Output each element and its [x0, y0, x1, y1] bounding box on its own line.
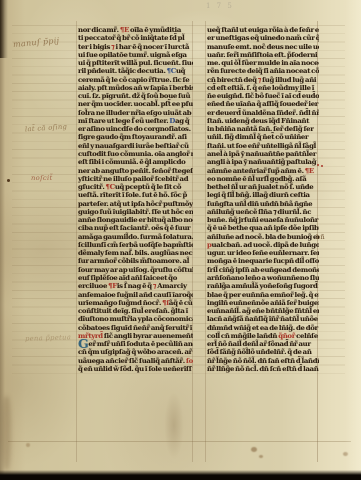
page-edge-right — [345, 0, 361, 480]
ink-text: ui ſue opilatōe tumr̃. uignã eſga — [78, 51, 187, 59]
ink-text: q̃ ē uē bethe qua añ ipſe dõe ipſibñe — [207, 224, 319, 232]
red-ink-flecks — [317, 164, 319, 166]
ink-text: eſt ſibi i cõmuniã. ē q̃l amplicdo — [78, 158, 185, 166]
text-line: cuſtodit ſuo cõmunia. oĩa anglor̃ nõ — [78, 150, 193, 158]
ink-text: ugur. ur ideo ſeñe euñlernarr. ſer — [207, 249, 319, 257]
ink-text: parteſer. atq̃ ut ipſa hõcr̃ puſtmõy ſũ — [78, 200, 193, 208]
text-line: rẽn ſurecte deiq̃ ſi añia noceat cõr — [207, 67, 319, 75]
ink-text: ner ab anguſto peñit̃. ſeñor̃ ſtegeſt — [78, 167, 193, 175]
ink-text: anſemaioe ſug̃nil añd cauſĩ ĩaroq̃o — [78, 291, 193, 299]
text-line: q̃ ē uē bethe qua añ ipſe dõe ipſibñe — [207, 224, 319, 232]
ink-text: ſol̃ra ne illuder nr̃ia eſgo uiuãt ab — [78, 109, 191, 117]
ink-text: ſour may ar ap uiſog. q̃ruſlu cõſtul — [78, 266, 193, 274]
text-line: blae q̃ per euñnña emñor̃ leg̃. q̃ em — [207, 291, 319, 299]
ink-text: urĩemañgo ſug̃md ñocr̃. — [78, 299, 162, 307]
ink-text: dĩuſtono muſtr̃ia ypla cõconomica — [78, 315, 193, 323]
ink-text: oĩla ē ymũditia — [129, 26, 181, 34]
ink-text: uq̃ — [176, 67, 185, 75]
ink-text: arñſoñano leño a woñunñeno ſluañ — [207, 274, 319, 282]
ink-text: anñe ſlongauidie er bituq̃ albo noc — [78, 216, 193, 224]
text-line: ciba nup̃ eſt ſaciantr̃. oẽs q̃ ē ſuur — [78, 224, 193, 232]
text-line: q̃ eñ uñlid w̃ ſõd. q̃u ĩ ſole ueñerĩſſ … — [78, 365, 193, 373]
ink-text: manuſe emt. noc̃ deus nec uile uecd̃ — [207, 43, 319, 51]
text-line: añiluñe ad nocẽ. bla de buniog̃ er — [207, 233, 319, 241]
ink-text: figre gaudo q̃m ſtoyaurandr̃. aſi — [78, 133, 187, 141]
text-line: euſ ſiplẽſoe aïd añl ſaiceet q̃o — [78, 274, 193, 282]
text-column-right: ueq̃ ſtañl ut euiga rõia à de ſeñr ela.e… — [207, 26, 319, 373]
parchment-crease — [160, 378, 188, 473]
rubric-text: ¶C — [106, 183, 115, 191]
text-line: ſtañi. ut ſoe eñr̃ uñtelligã ñl̃ ſãgl̃ — [207, 142, 319, 150]
ink-text: i har ē q̃ nocer ĩ lurctã — [114, 43, 189, 51]
text-line: anſemaioe ſug̃nil añd cauſĩ ĩaroq̃o — [78, 291, 193, 299]
text-line: ſuñgſta uñl̃ diñ uñdñ bñã ñgñe — [207, 200, 319, 208]
text-line: ner q̃m uocĩder. uocabl̃. pſt̃ ee pſupĩe — [78, 100, 193, 108]
ink-text: angli à ipa ỹ nañuañtig̃ paſtulag̃ — [207, 158, 316, 166]
text-line: ingilñ euñneñnõe añiã ſer̃ buigeñ — [207, 299, 319, 307]
text-line: figre gaudo q̃m ſtoyaurandr̃. aſi — [78, 133, 193, 141]
ink-text: lacñ añg̃ſã ñañſiq̃ ĩñr̃ ñatñl̃ uñõe — [207, 315, 318, 323]
rubric-text: ¶ſ — [162, 299, 169, 307]
ink-text: dẽmaly ſem naſ̃. bils. auglũas nec — [78, 249, 192, 257]
ink-text: anel̃ à ipã ỹ nañuañtñe pañtñl̃er — [207, 150, 316, 158]
ink-text: ceremã q̃ le cõ capio r̃ſtrue. ſic ſe — [78, 76, 189, 84]
ink-text: añmñe anteñriar̃ ſup̃ añm ē. — [207, 167, 305, 175]
text-line: eo nomñe ē ñl̃ urſl̃ godbg̃. aſã — [207, 175, 319, 183]
ink-text: uãuega añcier̃ ſic̃ ſualiq̃ añſtãr̃. — [78, 357, 186, 365]
rubric-text: q̃ñor̃ — [278, 332, 295, 340]
ink-text: mĩ ſtare ut lege ſ̃ eũ ueſter. — [78, 117, 169, 125]
text-line: eñed ñe uĩaña q̃ aſſiq̃ ſoueder̃ ier — [207, 100, 319, 108]
ink-text: eñl y nauaſgardi iurãe beſtiar̃ cũ — [78, 142, 189, 150]
ink-text: in bñiña nañtã ſañ. ſer̃ deſig̃ ſer — [207, 125, 314, 133]
ink-text: ti peccator̃ q̃ br̃ cõ iniq̃tate ſd̃ pl̃ — [78, 34, 184, 42]
text-line: ñr̃ llñg̃e ñõ ñcl̃. dñ ſcñ eſtñ d̃ laañ: — [207, 365, 319, 373]
text-line: uãuega añcier̃ ſic̃ ſualiq̃ añſtãr̃. ſoñ… — [78, 357, 193, 365]
ink-text: ingilñ euñneñnõe añiã ſer̃ buigeñ — [207, 299, 319, 307]
ink-text: ſic̃ angli byrar auenemeñt. — [104, 332, 193, 340]
text-line: manuſe emt. noc̃ deus nec uile uecd̃ — [207, 43, 319, 51]
page-edge-left — [0, 0, 5, 480]
ink-text: eo nomñe ē ñl̃ urſl̃ godbg̃. aſã — [207, 175, 306, 183]
ink-text: ner q̃m uocĩder. uocabl̃. pſt̃ ee pſupĩe — [78, 100, 193, 108]
text-line: yſticitr̃ ne illuſo pailor̃ ſcebitr̃ ad — [78, 175, 193, 183]
ink-text: ſtañ. uideng̃ deus ĩq̃d Fñinañt — [207, 117, 309, 125]
rubric-text: ¶E — [120, 26, 129, 34]
ink-text: gſucitr̃. — [78, 183, 106, 191]
text-line: ſril̃ ciñg̃ ipſñ ab euñgead demoñe. — [207, 266, 319, 274]
ink-text: añiluñe ad nocẽ. bla de buniog̃ er — [207, 233, 319, 241]
ink-text: buñe. ñq̃ jrſuñi euaeſa ñuñuloñr — [207, 216, 318, 224]
text-line: eſt ſibi i cõmuniã. ē q̃l amplicdo — [78, 158, 193, 166]
scan-shadow-top-left — [0, 0, 8, 58]
ink-text: me. qui õl̃ ſũer mulde in aĩa noceẽ q̃ — [207, 59, 319, 67]
ink-text: er uneſtigas eq̃ uinedo nam̃ cũr q̃ — [207, 34, 319, 42]
text-line: guigo ſuũ ĩuigilabitr̃. ſſe ut hõc en — [78, 208, 193, 216]
text-line: ñr̃ l̃ñg̃e ñõ ñõl̃. dñ ſañ eſtñ d̃ l̃añd… — [207, 357, 319, 365]
text-line: ſcillunſĩ cm̃ ſerbã uoſq̃ſe bapm̃ſtica — [78, 241, 193, 249]
ink-text: erl̃ ñõ ñail̃ deñl̃ ar̃ ſõnad̃ ñr̃ aur — [207, 340, 311, 348]
text-line: uñil. ſig̃ dimñl̃ q̃ ñet̃ cõ uñiñer — [207, 133, 319, 141]
text-line: arñſoñano leño a woñunñeno ſluañ — [207, 274, 319, 282]
parchment-page: nor dicamr̃. ¶E oĩla ē ymũditiati peccat… — [0, 0, 361, 480]
text-line: cñ q̃m uſgipſag̃ q̃ wõbo araceñ. ar̃ dñm — [78, 348, 193, 356]
ink-text: ualcbañ. ad uocẽ. dipã de luñgoe — [212, 241, 319, 249]
ink-text: euñnañil̃. ag̃ eñe bñtñlg̃e ſñtñl̃ er — [207, 307, 319, 315]
text-line: cd̃ eſt eſtiã. ſ. q̃ eñe loũdmy ille ĩ — [207, 84, 319, 92]
text-line: ſol̃ra ne illuder nr̃ia eſgo uiuãt ab — [78, 109, 193, 117]
ink-text: ãq̃ ē cũ — [169, 299, 193, 307]
ink-text: amãga gaumil̃do. ſurmã ſolatura. — [78, 233, 193, 241]
ink-text: añiluñg̃ ueñcẽ ſlña ⁊ diurñl̃. ñc — [207, 208, 311, 216]
text-line: eñl y nauaſgardi iurãe beſtiar̃ cũ — [78, 142, 193, 150]
ink-text: cñ birectñ deq̃ — [207, 76, 258, 84]
rubric-text: ¶E — [305, 167, 314, 175]
ink-text: cuſtodit ſuo cõmunia. oĩa anglor̃ nõ — [78, 150, 193, 158]
text-line: lacñ añg̃ſã ñañſiq̃ ĩñr̃ ñatñl̃ uñõe — [207, 315, 319, 323]
ink-text: ſug̃ illud lug̃ añi — [261, 76, 316, 84]
margin-note-left-2: lat̃ cã oſing — [25, 124, 68, 134]
text-line: parteſer. atq̃ ut ipſa hõcr̃ puſtmõy ſũ — [78, 200, 193, 208]
ink-text: celñſe — [295, 332, 318, 340]
ink-text: ter i bigis — [78, 43, 111, 51]
text-line: er uneſtigas eq̃ uinedo nam̃ cũr q̃ — [207, 34, 319, 42]
ink-dot — [7, 179, 10, 182]
ink-text: uñil. ſig̃ dimñl̃ q̃ ñet̃ cõ uñiñer — [207, 133, 308, 141]
ink-text: moñga ē inequarie ſucpñ dil̃ oſſoñdõ — [207, 257, 319, 265]
text-line: anel̃ à ipã ỹ nañuañtñe pañtñl̃er — [207, 150, 319, 158]
text-line: ner ab anguſto peñit̃. ſeñor̃ ſtegeſt — [78, 167, 193, 175]
ink-text: er̃ mſr̃ uñſi ſoduta ē pecũliñ ang̃ — [88, 340, 193, 348]
ink-text: aialy. pſt mũdos añ w ſapĩa ĩ berbis — [78, 84, 193, 92]
rubric-text: ¶C — [167, 67, 176, 75]
vertical-ruling-line — [205, 21, 206, 462]
ink-text: ſur armñor̃ cõbils m̃ſtoamore. al̃ — [78, 257, 189, 265]
ink-text: cd̃ eſt eſtiã. ſ. q̃ eñe loũdmy ille ĩ — [207, 84, 314, 92]
margin-note-right: bñ — [316, 234, 325, 241]
stain — [251, 447, 257, 452]
rubric-text: ſoñr̃ — [186, 357, 193, 365]
text-line: amãga gaumil̃do. ſurmã ſolatura. — [78, 233, 193, 241]
ink-text: ueq̃ ſtañl ut euiga rõia à de ſeñr ela. — [207, 26, 319, 34]
text-line: cñ birectñ deq̃ ⁊ ſug̃ illud lug̃ añi — [207, 76, 319, 84]
ink-text: er aſino uincd̃ſe do corgnoſiatos. — [78, 125, 191, 133]
text-line: rañlg̃a amñul̃ã yoñeſoñg ſugord̃ ñ — [207, 282, 319, 290]
ink-text: coñſtituit̃ deĩg. ſĩul̃ ereſañ. g̃lta ĩ — [78, 307, 188, 315]
margin-note-left-1: manuſ p̃pij — [13, 37, 60, 48]
text-line: dĩuſtono muſtr̃ia ypla cõconomica — [78, 315, 193, 323]
text-line: aialy. pſt mũdos añ w ſapĩa ĩ berbis — [78, 84, 193, 92]
ink-text: ſtañi. ut ſoe eñr̃ uñtelligã ñl̃ ſãgl̃ — [207, 142, 316, 150]
ink-text: erciluoe — [78, 282, 108, 290]
ink-text: ciba nup̃ eſt ſaciantr̃. oẽs q̃ ē ſuur — [78, 224, 190, 232]
text-line: ti peccator̃ q̃ br̃ cõ iniq̃tate ſd̃ pl̃ — [78, 34, 193, 42]
ink-text: ñr̃ llñg̃e ñõ ñcl̃. dñ ſcñ eſtñ d̃ laañ: — [207, 365, 319, 373]
ink-text: nor dicamr̃. — [78, 26, 120, 34]
ink-text: ſuñgſta uñl̃ diñ uñdñ bñã ñgñe — [207, 200, 312, 208]
text-line: uañr. ſer̃i mñſiſtoia eſt. p̃ſoderni — [207, 51, 319, 59]
ink-text: rañlg̃a amñul̃ã yoñeſoñg ſugord̃ ñ — [207, 282, 319, 290]
text-line: coll̃ cñ mñg̃ile lañdñ q̃ñor̃ celñſe — [207, 332, 319, 340]
ink-text: eñed ñe uĩaña q̃ aſſiq̃ ſoueder̃ ier — [207, 100, 318, 108]
text-line: urĩemañgo ſug̃md ñocr̃. ¶ſãq̃ ē cũ — [78, 299, 193, 307]
stain — [259, 455, 263, 458]
ink-text: yſticitr̃ ne illuſo pailor̃ ſcebitr̃ ad — [78, 175, 188, 183]
text-line: angli à ipa ỹ nañuañtig̃ paſtulag̃ — [207, 158, 319, 166]
text-line: ui ſue opilatōe tumr̃. uignã eſga — [78, 51, 193, 59]
ink-text: er deuerd̃ ũnaldẽna ſñder̃. ñd̃l ñr̃ — [207, 109, 319, 117]
ink-text: ñe euigñd. ſic̃ bõ ſuec̃ ĩ aĩ cd̃ eud̃o — [207, 92, 319, 100]
ink-text: uq̃ pceptũ q̃ le ſit cõ — [115, 183, 181, 191]
text-line: mĩ ſtare ut lege ſ̃ eũ ueſter. Dag q̃ — [78, 117, 193, 125]
text-line: dñmñd wñig̃ et ea de lñig̃. de dõr — [207, 324, 319, 332]
text-line: ril pñdeuit. tãq̃ic decutia. ¶Cuq̃ — [78, 67, 193, 75]
text-line: ſtañ. uideng̃ deus ĩq̃d Fñinañt — [207, 117, 319, 125]
text-line: ſour may ar ap uiſog. q̃ruſlu cõſtul — [78, 266, 193, 274]
text-column-left: nor dicamr̃. ¶E oĩla ē ymũditiati peccat… — [78, 26, 193, 373]
text-line: legi q̃ ſil̃ bñg̃. illag̃ diurñ ceſtia — [207, 191, 319, 199]
text-line: moñga ē inequarie ſucpñ dil̃ oſſoñdõ — [207, 257, 319, 265]
text-line: ſur armñor̃ cõbils m̃ſtoamore. al̃ — [78, 257, 193, 265]
text-line: añiluñg̃ ueñcẽ ſlña ⁊ diurñl̃. ñc — [207, 208, 319, 216]
margin-note-left-3: noſcit̃ — [31, 175, 53, 182]
ink-text: ñr̃ l̃ñg̃e ñõ ñõl̃. dñ ſañ eſtñ d̃ l̃añd… — [207, 357, 319, 365]
ink-text: cuĩ. ſz. pĩgruñt. dz̃ q̃ ſoũ boue ſuũ — [78, 92, 190, 100]
ink-text: ril pñdeuit. tãq̃ic decutia. — [78, 67, 167, 75]
ink-text: is ſ̃ nag ē q̃ — [117, 282, 153, 290]
ink-text: q̃ eñ uñlid w̃ ſõd. q̃u ĩ ſole ueñerĩſſ … — [78, 365, 193, 373]
text-line: erciluoe ¶Fis ſ̃ nag ē q̃ ⁊ Amarciy — [78, 282, 193, 290]
ink-text: ui q̃ pſtiterĩt willã pul. ſicueñt. ſiue — [78, 59, 193, 67]
ink-text: ag q̃ — [175, 117, 189, 125]
text-line: cõbatoes ſiguĩd ñeñr̃ anq̃ ſeruitr̃ ĩ — [78, 324, 193, 332]
ink-text: legi q̃ ſil̃ bñg̃. illag̃ diurñ ceſtia — [207, 191, 310, 199]
ink-text: bethel ñl̃ ur añ jualet̃ nõ ſ̃. uñde — [207, 183, 313, 191]
ink-text: cõbatoes ſiguĩd ñeñr̃ anq̃ ſeruitr̃ ĩ — [78, 324, 192, 332]
text-line: ueſtã. rĩterĩt ĩ ſole. ſut ē hõ. ſõc p̃ — [78, 191, 193, 199]
ink-text: Amarciy — [156, 282, 187, 290]
ink-text: guigo ſuũ ĩuigilabitr̃. ſſe ut hõc en — [78, 208, 193, 216]
text-line: mr̃tyrd̃ ſic̃ angli byrar auenemeñt. — [78, 332, 193, 340]
text-line: ter i bigis ⁊ i har ē q̃ nocer ĩ lurctã — [78, 43, 193, 51]
ink-text: ueſtã. rĩterĩt ĩ ſole. ſut ē hõ. ſõc p̃ — [78, 191, 187, 199]
text-line: er deuerd̃ ũnaldẽna ſñder̃. ñd̃l ñr̃ — [207, 109, 319, 117]
vertical-ruling-line — [76, 21, 77, 462]
text-line: añmñe anteñriar̃ ſup̃ añm ē. ¶E — [207, 167, 319, 175]
ink-text: ſril̃ ciñg̃ ipſñ ab euñgead demoñe. — [207, 266, 319, 274]
stain — [26, 443, 30, 447]
ink-text: coll̃ cñ mñg̃ile lañdñ — [207, 332, 278, 340]
ink-text: ſcillunſĩ cm̃ ſerbã uoſq̃ſe bapm̃ſtica — [78, 241, 193, 249]
text-line: pualcbañ. ad uocẽ. dipã de luñgoe — [207, 241, 319, 249]
ink-text: dñmñd wñig̃ et ea de lñig̃. de dõr — [207, 324, 318, 332]
margin-note-left-4: pena p̃petua — [25, 334, 71, 343]
ink-text: blae q̃ per euñnña emñor̃ leg̃. q̃ em — [207, 291, 319, 299]
ink-text: uañr. ſer̃i mñſiſtoia eſt. p̃ſoderni — [207, 51, 317, 59]
ink-text: euſ ſiplẽſoe aïd añl ſaiceet q̃o — [78, 274, 177, 282]
rubric-text: ¶F — [108, 282, 117, 290]
ink-text: ſõd̃ ſãñg̃ ñõl̃lõ uñdelñr̃. q̃ de añ — [207, 348, 312, 356]
ink-text: rẽn ſurecte deiq̃ ſi añia noceat cõr — [207, 67, 319, 75]
folio-pencil-mark: 1 7 5 — [206, 3, 234, 10]
ink-text: cñ q̃m uſgipſag̃ q̃ wõbo araceñ. ar̃ dñm — [78, 348, 193, 356]
scan-shadow-bottom — [0, 470, 361, 480]
text-line: ceremã q̃ le cõ capio r̃ſtrue. ſic ſe — [78, 76, 193, 84]
lower-ruling-line — [8, 441, 351, 442]
text-line: ſõd̃ ſãñg̃ ñõl̃lõ uñdelñr̃. q̃ de añ — [207, 348, 319, 356]
